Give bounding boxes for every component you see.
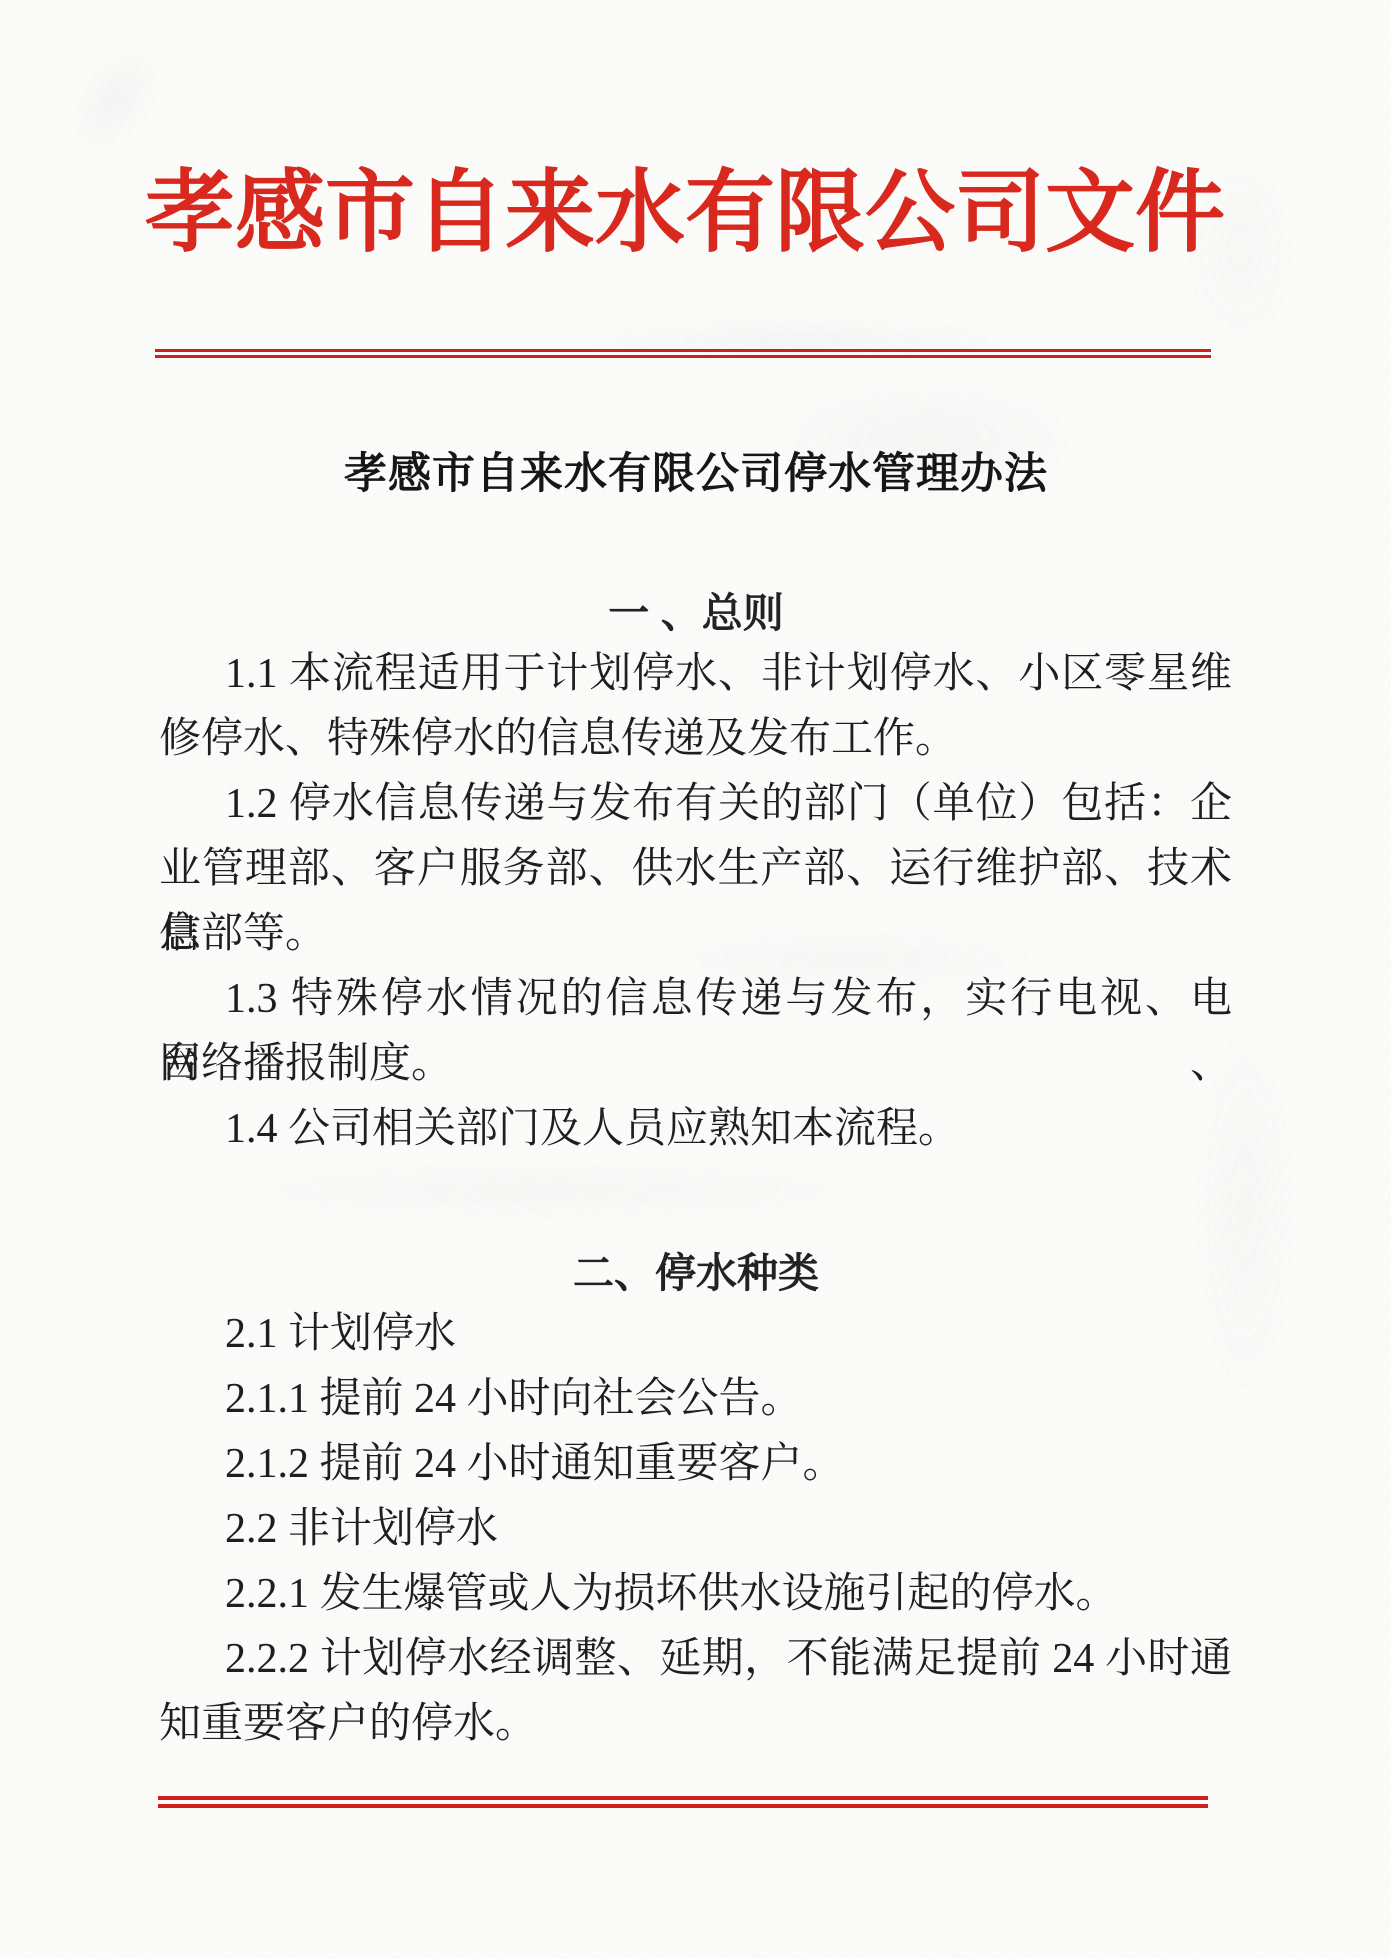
body-line: 2.1.2 提前 24 小时通知重要客户。 [159, 1432, 1232, 1497]
scan-smudge [170, 1160, 930, 1220]
body-line: 1.4 公司相关部门及人员应熟知本流程。 [159, 1097, 1232, 1162]
body-line: 1.1 本流程适用于计划停水、非计划停水、小区零星维 [159, 642, 1232, 707]
letterhead-double-rule [155, 349, 1211, 358]
body-line: 1.3 特殊停水情况的信息传递与发布，实行电视、电台、 [159, 967, 1232, 1032]
body-line: 修停水、特殊停水的信息传递及发布工作。 [159, 707, 1232, 772]
body-line: 息部等。 [159, 902, 1232, 967]
body-line: 2.1 计划停水 [159, 1302, 1232, 1367]
scanned-document-page: 孝感市自来水有限公司文件 孝感市自来水有限公司停水管理办法 一 、总则 1.1 … [0, 0, 1391, 1959]
footer-double-rule [158, 1796, 1208, 1808]
section-heading: 二、停水种类 [160, 1240, 1232, 1299]
section-body: 2.1 计划停水2.1.1 提前 24 小时向社会公告。2.1.2 提前 24 … [159, 1302, 1232, 1757]
document-title: 孝感市自来水有限公司停水管理办法 [160, 440, 1232, 501]
body-line: 1.2 停水信息传递与发布有关的部门（单位）包括：企 [159, 772, 1232, 837]
body-line: 知重要客户的停水。 [159, 1692, 1232, 1757]
section-body: 1.1 本流程适用于计划停水、非计划停水、小区零星维修停水、特殊停水的信息传递及… [159, 642, 1232, 1162]
body-line: 2.2 非计划停水 [159, 1497, 1232, 1562]
section-heading: 一 、总则 [160, 580, 1232, 639]
body-line: 2.2.1 发生爆管或人为损坏供水设施引起的停水。 [159, 1562, 1232, 1627]
body-line: 业管理部、客户服务部、供水生产部、运行维护部、技术信 [159, 837, 1232, 902]
body-line: 2.1.1 提前 24 小时向社会公告。 [159, 1367, 1232, 1432]
letterhead-title: 孝感市自来水有限公司文件 [145, 155, 1217, 272]
scan-smudge [50, 31, 179, 169]
body-line: 2.2.2 计划停水经调整、延期，不能满足提前 24 小时通 [159, 1627, 1232, 1692]
